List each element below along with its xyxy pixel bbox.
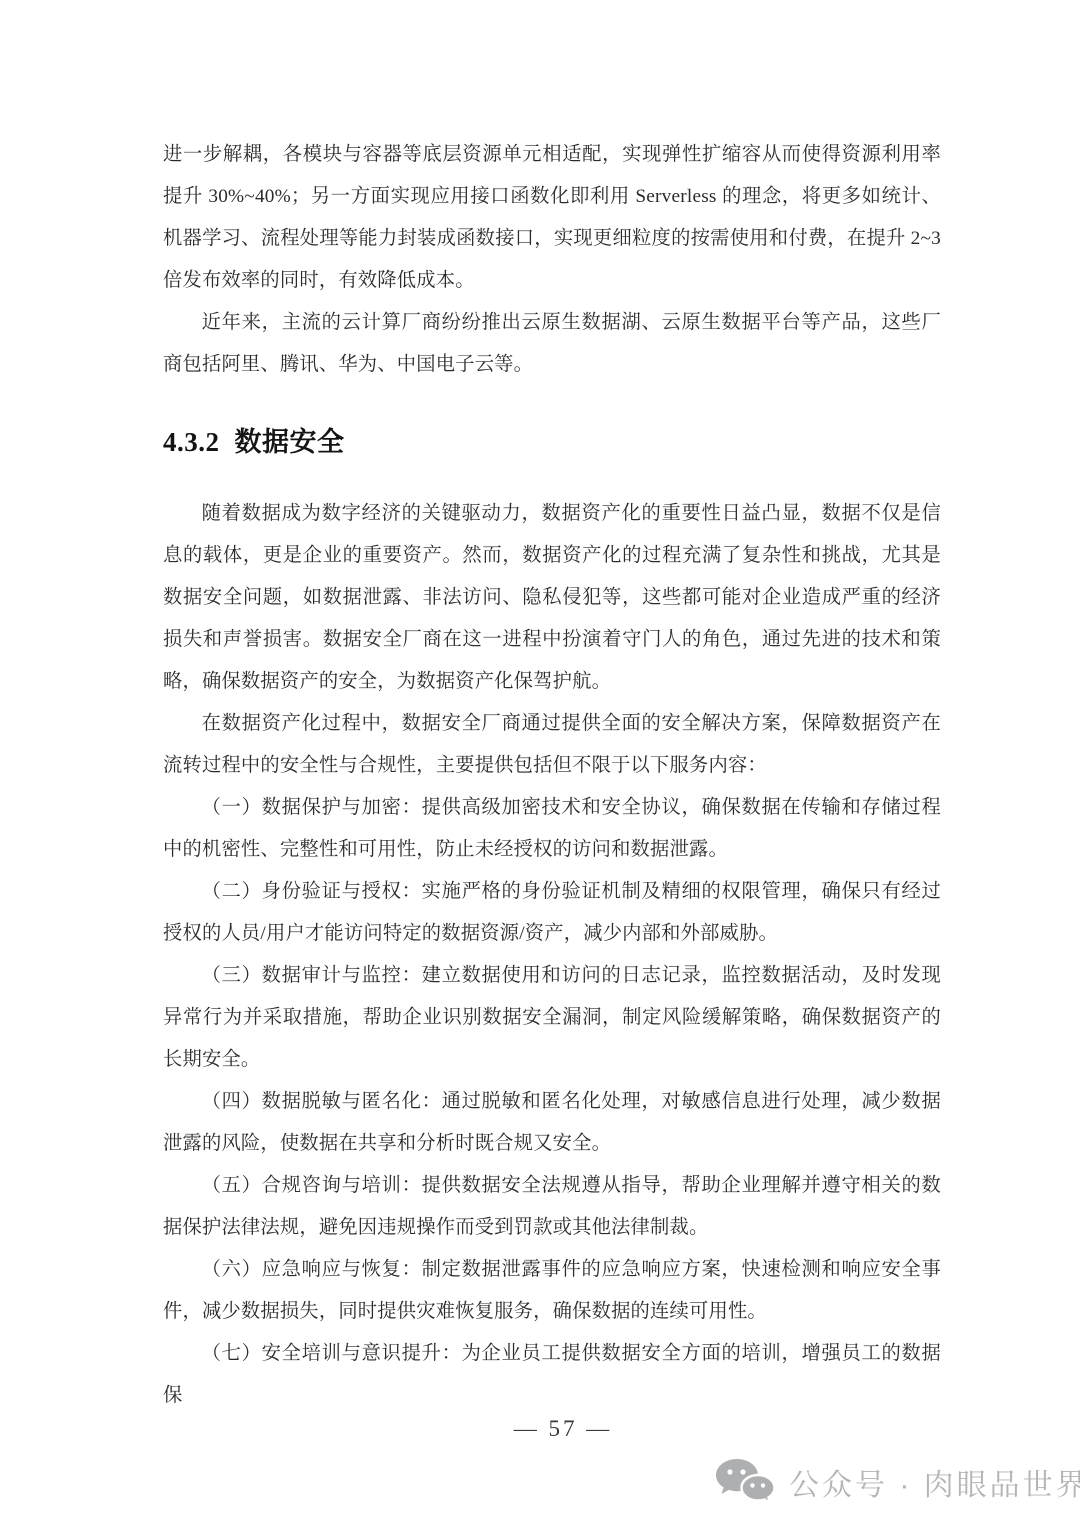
wechat-watermark: 公众号 · 肉眼品世界 [714, 1458, 1080, 1506]
section-heading: 4.3.2数据安全 [163, 424, 941, 460]
page-number: — 57 — [23, 1412, 1080, 1446]
paragraph-data-assets: 随着数据成为数字经济的关键驱动力，数据资产化的重要性日益凸显，数据不仅是信息的载… [163, 493, 941, 703]
service-item-1: （一）数据保护与加密：提供高级加密技术和安全协议，确保数据在传输和存储过程中的机… [163, 787, 941, 871]
service-item-3: （三）数据审计与监控：建立数据使用和访问的日志记录，监控数据活动，及时发现异常行… [163, 955, 941, 1081]
wechat-icon [714, 1458, 776, 1506]
paragraph-cloud-vendors: 近年来，主流的云计算厂商纷纷推出云原生数据湖、云原生数据平台等产品，这些厂商包括… [163, 302, 941, 386]
page-body: 进一步解耦，各模块与容器等底层资源单元相适配，实现弹性扩缩容从而使得资源利用率提… [163, 134, 941, 1417]
section-title: 数据安全 [235, 427, 345, 457]
watermark-text: 公众号 · 肉眼品世界 [789, 1460, 1080, 1504]
section-number: 4.3.2 [163, 427, 220, 457]
paragraph-cloud-continued: 进一步解耦，各模块与容器等底层资源单元相适配，实现弹性扩缩容从而使得资源利用率提… [163, 134, 941, 302]
service-item-2: （二）身份验证与授权：实施严格的身份验证机制及精细的权限管理，确保只有经过授权的… [163, 871, 941, 955]
service-item-5: （五）合规咨询与培训：提供数据安全法规遵从指导，帮助企业理解并遵守相关的数据保护… [163, 1165, 941, 1249]
service-item-7: （七）安全培训与意识提升：为企业员工提供数据安全方面的培训，增强员工的数据保 [163, 1333, 941, 1417]
paragraph-services-intro: 在数据资产化过程中，数据安全厂商通过提供全面的安全解决方案，保障数据资产在流转过… [163, 703, 941, 787]
service-item-4: （四）数据脱敏与匿名化：通过脱敏和匿名化处理，对敏感信息进行处理，减少数据泄露的… [163, 1081, 941, 1165]
service-item-6: （六）应急响应与恢复：制定数据泄露事件的应急响应方案，快速检测和响应安全事件，减… [163, 1249, 941, 1333]
